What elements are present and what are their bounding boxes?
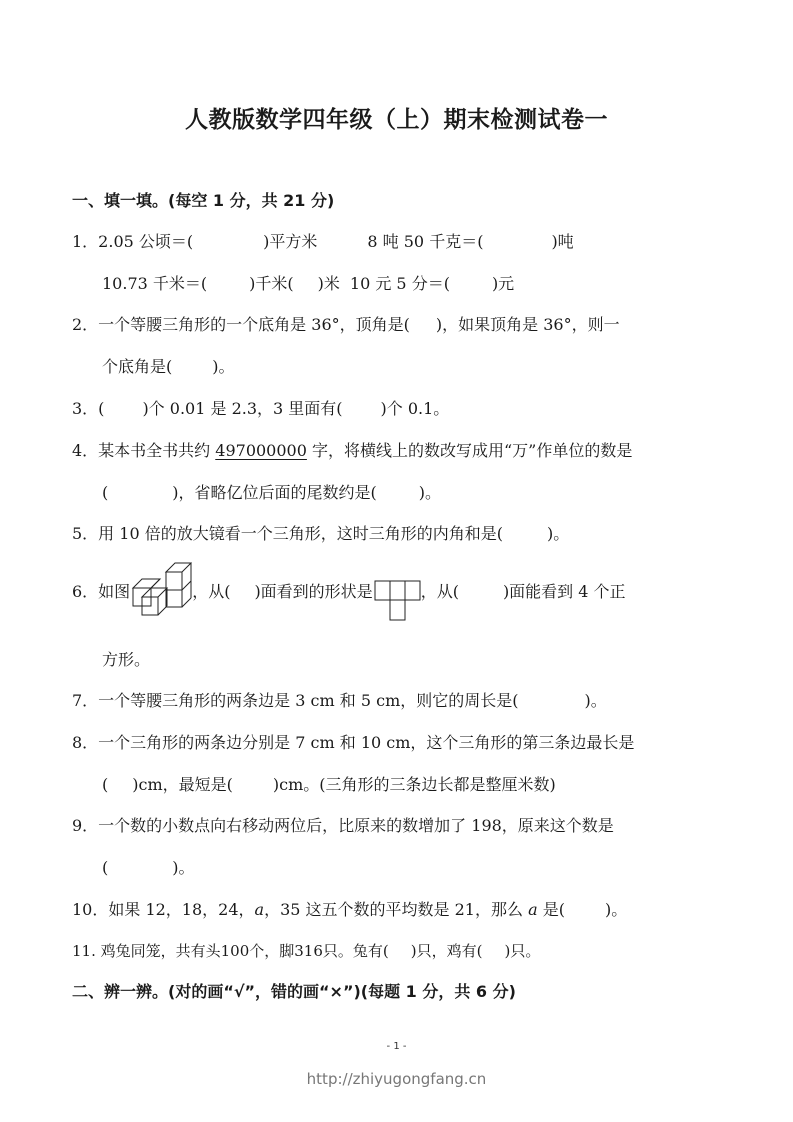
page-title: 人教版数学四年级（上）期末检测试卷一 bbox=[0, 101, 793, 134]
q11-text-b: )只，鸡有( bbox=[411, 942, 483, 960]
q4-text-b: 字，将横线上的数改写成用“万”作单位的数是 bbox=[307, 441, 632, 460]
question-10: 10．如果 12，18，24，a，35 这五个数的平均数是 21，那么 a 是(… bbox=[72, 898, 627, 922]
q7-text-b: )。 bbox=[584, 691, 606, 710]
q4-text-c: ( bbox=[102, 483, 108, 502]
q1-d-prefix: 10 元 5 分＝( bbox=[350, 274, 450, 293]
q1-a-suffix: )平方米 bbox=[263, 232, 317, 251]
q1-d-suffix: )元 bbox=[492, 274, 514, 293]
q1-c-mid: )千米( bbox=[249, 274, 294, 293]
question-1-line-2: 10.73 千米＝()千米()米10 元 5 分＝()元 bbox=[102, 272, 514, 296]
q4-text-d: )，省略亿位后面的尾数约是( bbox=[172, 483, 377, 502]
q1-c-suffix: )米 bbox=[318, 274, 340, 293]
q3-text-a: 3．( bbox=[72, 399, 104, 418]
question-11: 11. 鸡兔同笼，共有头100个，脚316只。兔有()只，鸡有()只。 bbox=[72, 939, 540, 963]
q6-text-e: )面能看到 4 个正 bbox=[503, 582, 626, 601]
q2-text-a: 2．一个等腰三角形的一个底角是 36°，顶角是( bbox=[72, 315, 410, 334]
q3-text-c: )个 0.1。 bbox=[381, 399, 450, 418]
q1-b-suffix: )吨 bbox=[551, 232, 573, 251]
q11-text-a: 11. 鸡兔同笼，共有头100个，脚316只。兔有( bbox=[72, 942, 389, 960]
variable-a: a bbox=[528, 900, 538, 919]
q3-text-b: )个 0.01 是 2.3，3 里面有( bbox=[142, 399, 342, 418]
q2-text-d: )。 bbox=[212, 357, 234, 376]
q10-text-a: 10．如果 12，18，24， bbox=[72, 900, 255, 919]
cube-stack-figure-icon bbox=[130, 560, 192, 624]
question-3: 3．()个 0.01 是 2.3，3 里面有()个 0.1。 bbox=[72, 397, 449, 421]
q6-text-a: 6．如图 bbox=[72, 582, 130, 601]
q11-text-c: )只。 bbox=[504, 942, 540, 960]
q8-text-a: ( bbox=[102, 775, 108, 794]
question-9-line-2: ()。 bbox=[102, 856, 195, 880]
q9-text-a: ( bbox=[102, 858, 108, 877]
q2-text-b: )，如果顶角是 36°，则一 bbox=[436, 315, 620, 334]
q2-text-c: 个底角是( bbox=[102, 357, 172, 376]
question-8-line-1: 8．一个三角形的两条边分别是 7 cm 和 10 cm，这个三角形的第三条边最长… bbox=[72, 731, 634, 755]
question-8-line-2: ()cm，最短是()cm。(三角形的三条边长都是整厘米数) bbox=[102, 773, 556, 797]
question-6-line-1: 6．如图 ，从()面看到的形状是 ，从()面能看到 4 个正 bbox=[72, 560, 626, 624]
q1-a-prefix: 1．2.05 公顷＝( bbox=[72, 232, 193, 251]
q5-text-b: )。 bbox=[547, 524, 569, 543]
q8-text-b: )cm，最短是( bbox=[132, 775, 233, 794]
question-7: 7．一个等腰三角形的两条边是 3 cm 和 5 cm，则它的周长是()。 bbox=[72, 689, 607, 713]
question-4-line-1: 4．某本书全书共约 497000000 字，将横线上的数改写成用“万”作单位的数… bbox=[72, 439, 632, 463]
q6-text-d: ，从( bbox=[421, 582, 459, 601]
q4-text-e: )。 bbox=[419, 483, 441, 502]
q4-text-a: 4．某本书全书共约 bbox=[72, 441, 215, 460]
q6-text-c: )面看到的形状是 bbox=[254, 582, 372, 601]
question-6-line-2: 方形。 bbox=[102, 648, 150, 672]
q8-text-c: )cm。(三角形的三条边长都是整厘米数) bbox=[273, 775, 556, 794]
q9-text-b: )。 bbox=[172, 858, 194, 877]
footer-url: http://zhiyugongfang.cn bbox=[0, 1070, 793, 1088]
question-2-line-2: 个底角是()。 bbox=[102, 355, 235, 379]
q10-text-d: )。 bbox=[605, 900, 627, 919]
section-1-heading: 一、填一填。(每空 1 分，共 21 分) bbox=[72, 189, 334, 213]
q1-b-prefix: 8 吨 50 千克＝( bbox=[367, 232, 483, 251]
question-1-line-1: 1．2.05 公顷＝()平方米8 吨 50 千克＝()吨 bbox=[72, 230, 574, 254]
section-2-heading: 二、辨一辨。(对的画“√”，错的画“×”)(每题 1 分，共 6 分) bbox=[72, 980, 516, 1004]
question-9-line-1: 9．一个数的小数点向右移动两位后，比原来的数增加了 198，原来这个数是 bbox=[72, 814, 614, 838]
t-shape-view-icon bbox=[373, 560, 421, 624]
underlined-number: 497000000 bbox=[215, 441, 307, 460]
page-number: - 1 - bbox=[0, 1041, 793, 1052]
question-5: 5．用 10 倍的放大镜看一个三角形，这时三角形的内角和是()。 bbox=[72, 522, 569, 546]
question-2-line-1: 2．一个等腰三角形的一个底角是 36°，顶角是()，如果顶角是 36°，则一 bbox=[72, 313, 620, 337]
q10-text-b: ，35 这五个数的平均数是 21，那么 bbox=[264, 900, 528, 919]
q6-text-b: ，从( bbox=[192, 582, 230, 601]
q5-text-a: 5．用 10 倍的放大镜看一个三角形，这时三角形的内角和是( bbox=[72, 524, 503, 543]
question-4-line-2: ()，省略亿位后面的尾数约是()。 bbox=[102, 481, 441, 505]
q1-c-prefix: 10.73 千米＝( bbox=[102, 274, 207, 293]
variable-a: a bbox=[255, 900, 265, 919]
q10-text-c: 是( bbox=[538, 900, 565, 919]
q7-text-a: 7．一个等腰三角形的两条边是 3 cm 和 5 cm，则它的周长是( bbox=[72, 691, 518, 710]
